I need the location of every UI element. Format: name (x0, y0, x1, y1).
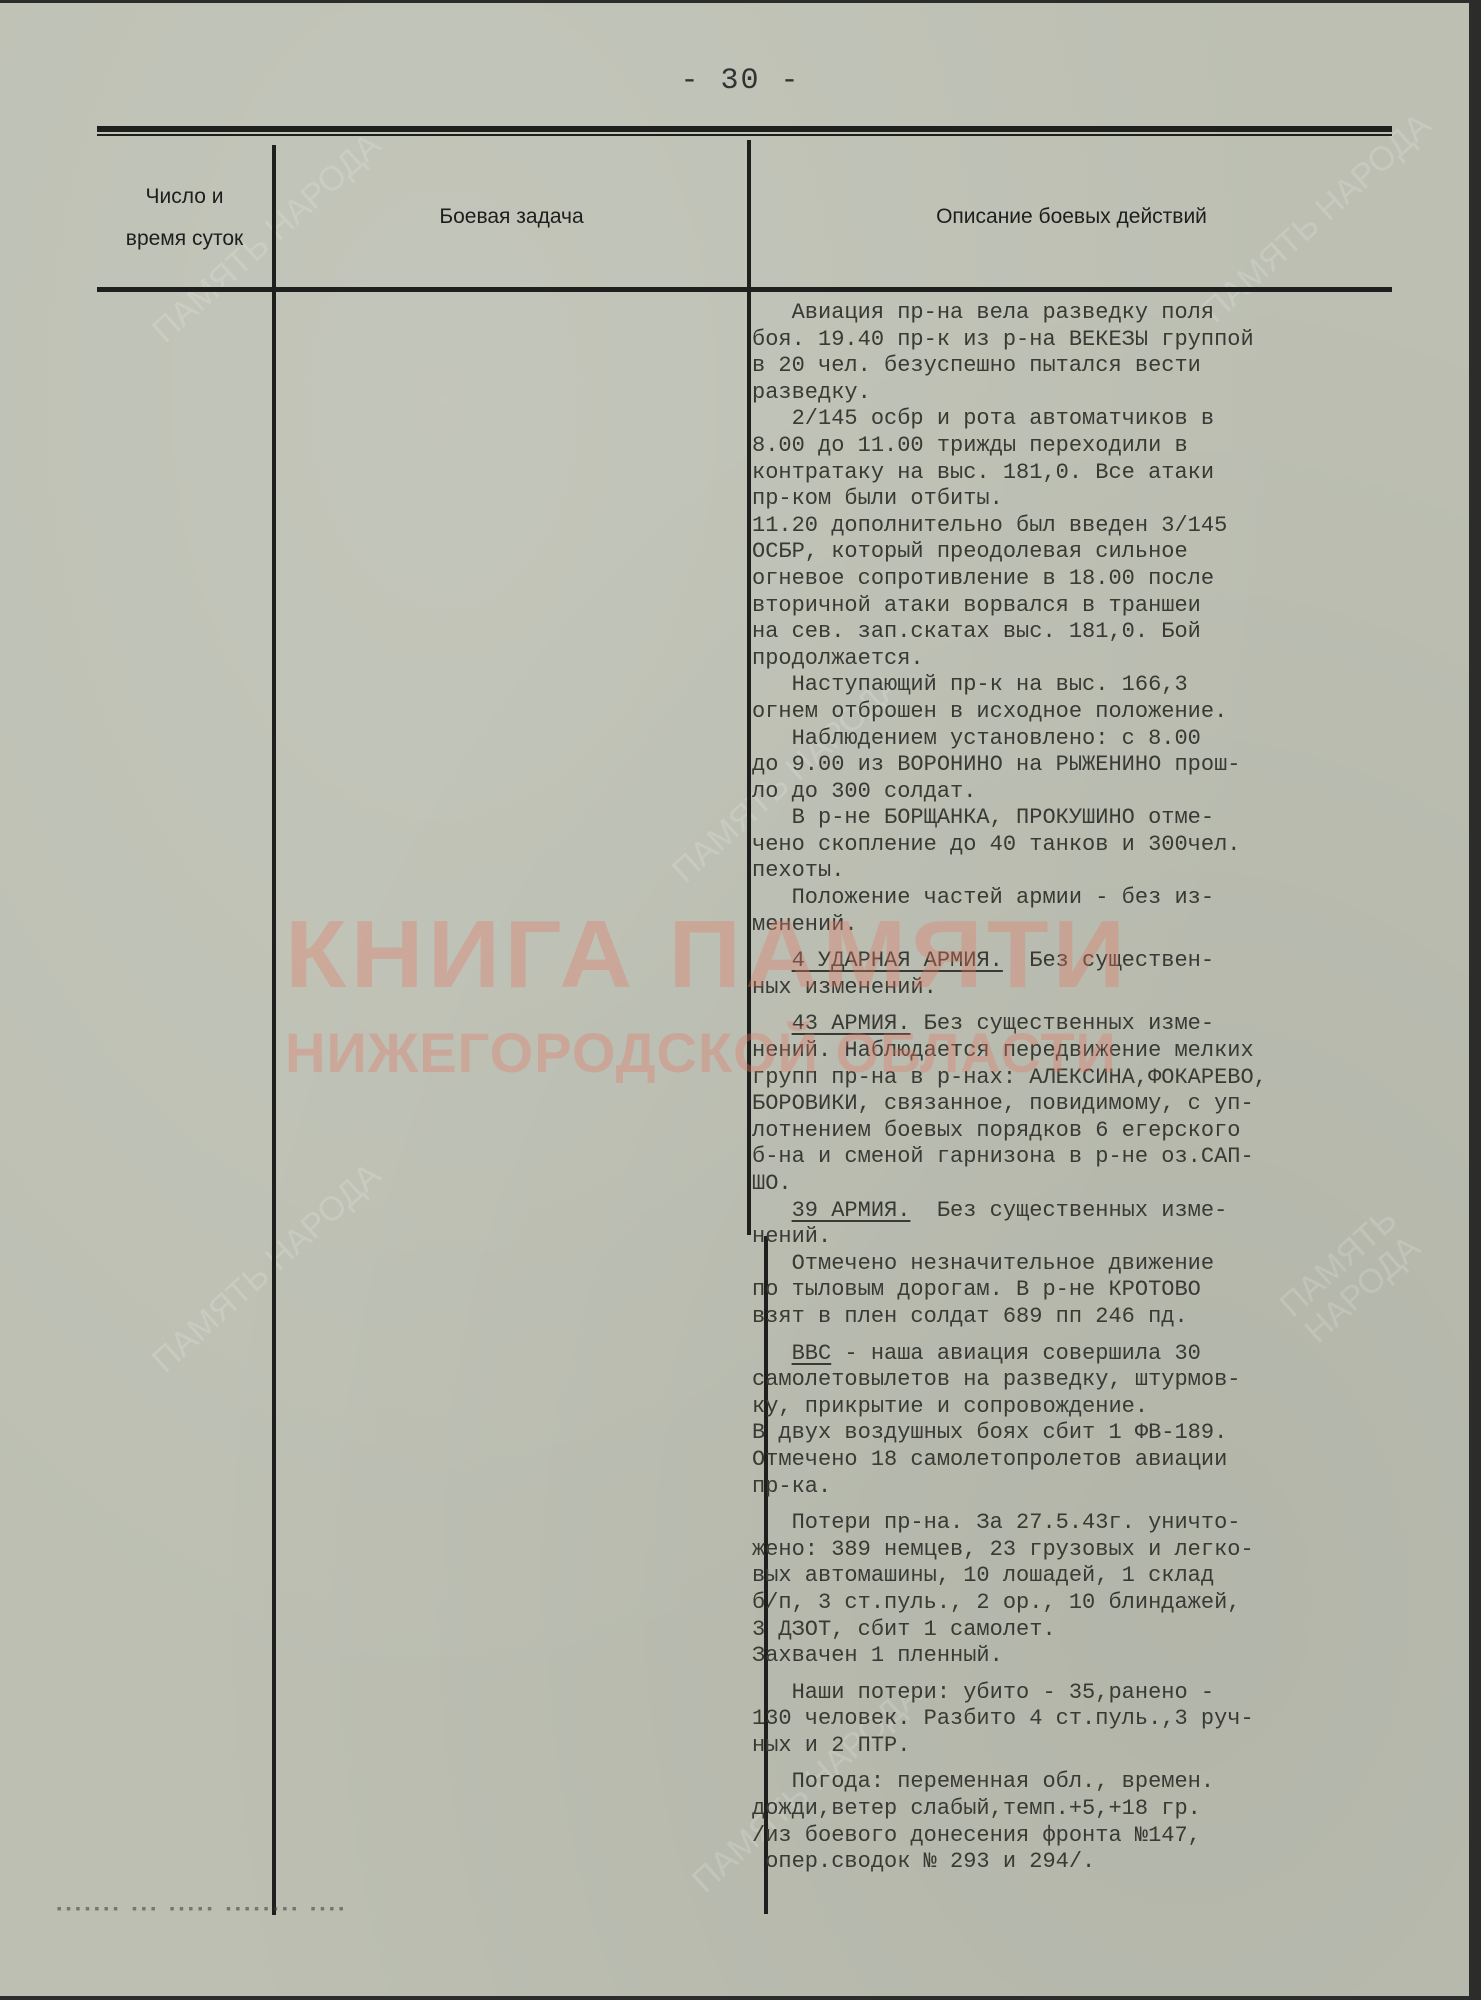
description-line: 43 АРМИЯ. Без существенных изме- (752, 1011, 1432, 1038)
scan-edge-bottom (0, 1996, 1481, 2000)
table-header-rule (97, 287, 1392, 292)
description-line: пр-ком были отбиты. (752, 486, 1432, 513)
description-line: нений. Наблюдается передвижение мелких (752, 1038, 1432, 1065)
description-line: опер.сводок № 293 и 294/. (752, 1849, 1432, 1876)
description-line: менений. (752, 912, 1432, 939)
description-line: Потери пр-на. За 27.5.43г. уничто- (752, 1510, 1432, 1537)
description-line: самолетовылетов на разведку, штурмов- (752, 1367, 1432, 1394)
header-date-time-line1: Число и (97, 176, 272, 218)
combat-description-text: Авиация пр-на вела разведку полябоя. 19.… (752, 300, 1432, 1876)
description-line: вых автомашины, 10 лошадей, 1 склад (752, 1563, 1432, 1590)
section-heading: ВВС (792, 1341, 832, 1366)
description-line: ных изменений. (752, 975, 1432, 1002)
description-line: /из боевого донесения фронта №147, (752, 1823, 1432, 1850)
section-heading: 4 УДАРНАЯ АРМИЯ. (792, 948, 1003, 973)
description-line: Наступающий пр-к на выс. 166,3 (752, 672, 1432, 699)
description-line: Захвачен 1 пленный. (752, 1643, 1432, 1670)
description-line: пр-ка. (752, 1474, 1432, 1501)
description-line: огнем отброшен в исходное положение. (752, 699, 1432, 726)
description-line: Наблюдением установлено: с 8.00 (752, 726, 1432, 753)
description-line: дожди,ветер слабый,темп.+5,+18 гр. (752, 1796, 1432, 1823)
description-line: 130 человек. Разбито 4 ст.пуль.,3 руч- (752, 1706, 1432, 1733)
description-line: продолжается. (752, 646, 1432, 673)
description-line: Отмечено 18 самолетопролетов авиации (752, 1447, 1432, 1474)
description-line: на сев. зап.скатах выс. 181,0. Бой (752, 619, 1432, 646)
description-line: Отмечено незначительное движение (752, 1251, 1432, 1278)
description-line: ку, прикрытие и сопровождение. (752, 1394, 1432, 1421)
description-line: групп пр-на в р-нах: АЛЕКСИНА,ФОКАРЕВО, (752, 1065, 1432, 1092)
header-combat-task: Боевая задача (276, 196, 747, 238)
description-line: до 9.00 из ВОРОНИНО на РЫЖЕНИНО прош- (752, 752, 1432, 779)
description-line: Погода: переменная обл., времен. (752, 1769, 1432, 1796)
table-top-rule-thin (97, 134, 1392, 136)
description-line: Положение частей армии - без из- (752, 885, 1432, 912)
header-description: Описание боевых действий (751, 196, 1392, 238)
description-line: чено скопление до 40 танков и 300чел. (752, 832, 1432, 859)
column-divider (747, 140, 751, 1235)
description-line: пехоты. (752, 858, 1432, 885)
description-line: б-на и сменой гарнизона в р-не оз.САП- (752, 1144, 1432, 1171)
description-line: б/п, 3 ст.пуль., 2 ор., 10 блиндажей, (752, 1590, 1432, 1617)
description-line: Наши потери: убито - 35,ранено - (752, 1680, 1432, 1707)
description-line: 11.20 дополнительно был введен 3/145 (752, 513, 1432, 540)
description-line: в 20 чел. безуспешно пытался вести (752, 353, 1432, 380)
section-heading: 39 АРМИЯ. (792, 1198, 911, 1223)
section-heading: 43 АРМИЯ. (792, 1011, 911, 1036)
description-line: 2/145 осбр и рота автоматчиков в (752, 406, 1432, 433)
description-line: Авиация пр-на вела разведку поля (752, 300, 1432, 327)
description-line: боя. 19.40 пр-к из р-на ВЕКЕЗЫ группой (752, 327, 1432, 354)
description-line: взят в плен солдат 689 пп 246 пд. (752, 1304, 1432, 1331)
scan-edge-right (1469, 0, 1481, 2000)
description-line: В двух воздушных боях сбит 1 ФВ-189. (752, 1420, 1432, 1447)
description-line: контратаку на выс. 181,0. Все атаки (752, 460, 1432, 487)
description-line: ло до 300 солдат. (752, 779, 1432, 806)
description-line: 3 ДЗОТ, сбит 1 самолет. (752, 1617, 1432, 1644)
description-line: по тыловым дорогам. В р-не КРОТОВО (752, 1277, 1432, 1304)
faint-bleedthrough-text: ▪▪▪▪▪▪▪ ▪▪▪ ▪▪▪▪▪ ▪▪▪▪▪▪▪▪ ▪▪▪▪ (55, 1902, 346, 1918)
description-line: 39 АРМИЯ. Без существенных изме- (752, 1198, 1432, 1225)
description-line: лотнением боевых порядков 6 егерского (752, 1118, 1432, 1145)
description-line: ОСБР, который преодолевая сильное (752, 539, 1432, 566)
description-line: В р-не БОРЩАНКА, ПРОКУШИНО отме- (752, 805, 1432, 832)
description-line: огневое сопротивление в 18.00 после (752, 566, 1432, 593)
description-line: разведку. (752, 380, 1432, 407)
description-line: жено: 389 немцев, 23 грузовых и легко- (752, 1537, 1432, 1564)
table-top-rule (97, 126, 1392, 132)
description-line: 8.00 до 11.00 трижды переходили в (752, 433, 1432, 460)
description-line: ШО. (752, 1171, 1432, 1198)
description-line: нений. (752, 1224, 1432, 1251)
description-line: ных и 2 ПТР. (752, 1733, 1432, 1760)
page-number: - 30 - (0, 64, 1481, 98)
scan-edge-top (0, 0, 1481, 3)
description-line: вторичной атаки ворвался в траншеи (752, 593, 1432, 620)
header-date-time-line2: время суток (97, 218, 272, 260)
description-line: ВВС - наша авиация совершила 30 (752, 1341, 1432, 1368)
column-divider (272, 145, 276, 1915)
header-date-time: Число и время суток (97, 176, 272, 260)
description-line: БОРОВИКИ, связанное, повидимому, с уп- (752, 1091, 1432, 1118)
description-line: 4 УДАРНАЯ АРМИЯ. Без существен- (752, 948, 1432, 975)
